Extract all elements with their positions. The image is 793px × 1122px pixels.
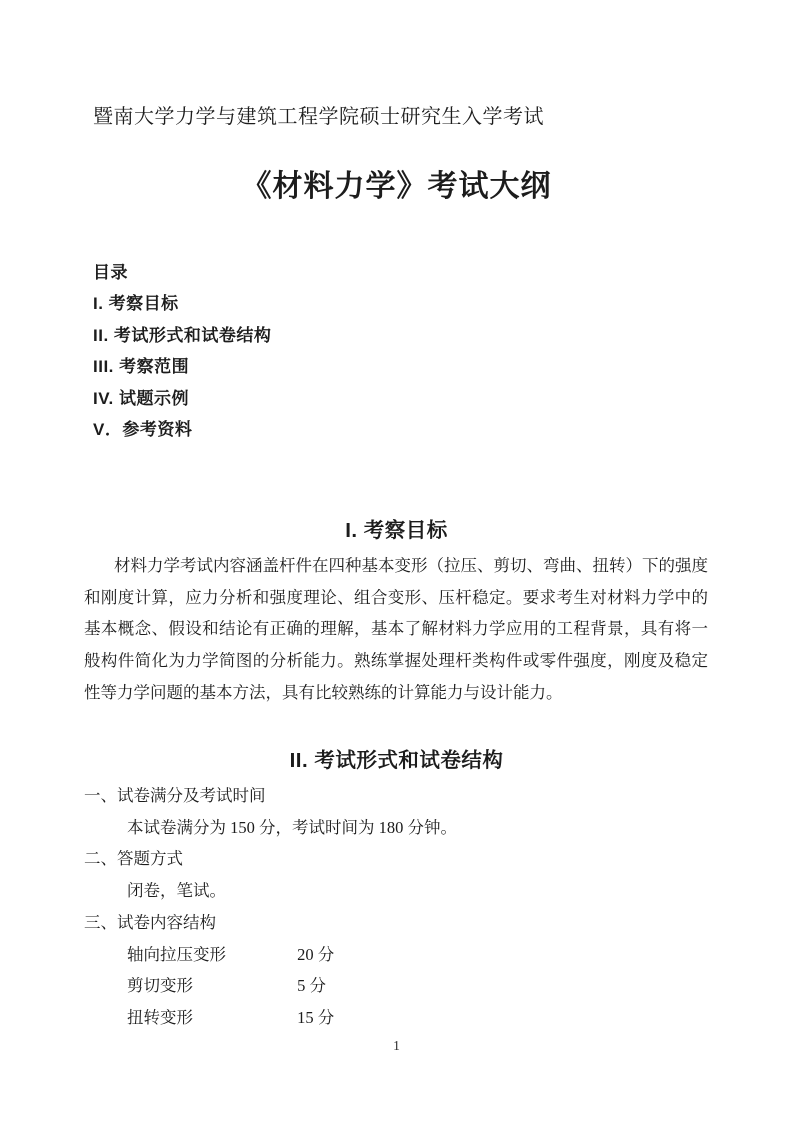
toc-item-3: III. 考察范围 — [93, 351, 271, 382]
document-title: 《材料力学》考试大纲 — [0, 161, 793, 205]
list-item-2-detail: 闭卷，笔试。 — [84, 875, 708, 907]
score-row-2-item: 剪切变形 — [127, 970, 293, 1002]
score-row-3-item: 扭转变形 — [127, 1002, 293, 1034]
toc-item-2: II. 考试形式和试卷结构 — [93, 320, 271, 351]
toc-item-4: IV. 试题示例 — [93, 383, 271, 414]
section2-heading: II. 考试形式和试卷结构 — [0, 743, 793, 773]
toc-heading: 目录 — [93, 257, 271, 288]
section2-body: 一、试卷满分及考试时间 本试卷满分为 150 分，考试时间为 180 分钟。 二… — [84, 780, 708, 1034]
table-of-contents: 目录 I. 考察目标 II. 考试形式和试卷结构 III. 考察范围 IV. 试… — [93, 257, 271, 445]
score-row-1-value: 20 分 — [297, 939, 334, 971]
score-row-3-value: 15 分 — [297, 1002, 334, 1034]
toc-item-1: I. 考察目标 — [93, 288, 271, 319]
score-row: 剪切变形 5 分 — [84, 970, 708, 1002]
document-page: 暨南大学力学与建筑工程学院硕士研究生入学考试 《材料力学》考试大纲 目录 I. … — [0, 0, 793, 1122]
score-row: 轴向拉压变形 20 分 — [84, 939, 708, 971]
section1-heading: I. 考察目标 — [0, 513, 793, 543]
institution-header: 暨南大学力学与建筑工程学院硕士研究生入学考试 — [93, 100, 544, 129]
list-item-2-label: 二、答题方式 — [84, 843, 708, 875]
page-number: 1 — [0, 1038, 793, 1054]
section1-paragraph: 材料力学考试内容涵盖杆件在四种基本变形（拉压、剪切、弯曲、扭转）下的强度和刚度计… — [84, 550, 708, 709]
toc-item-5: V．参考资料 — [93, 414, 271, 445]
list-item-3-label: 三、试卷内容结构 — [84, 907, 708, 939]
score-row-1-item: 轴向拉压变形 — [127, 939, 293, 971]
list-item-1-label: 一、试卷满分及考试时间 — [84, 780, 708, 812]
score-row: 扭转变形 15 分 — [84, 1002, 708, 1034]
list-item-1-detail: 本试卷满分为 150 分，考试时间为 180 分钟。 — [84, 812, 708, 844]
score-row-2-value: 5 分 — [297, 970, 326, 1002]
